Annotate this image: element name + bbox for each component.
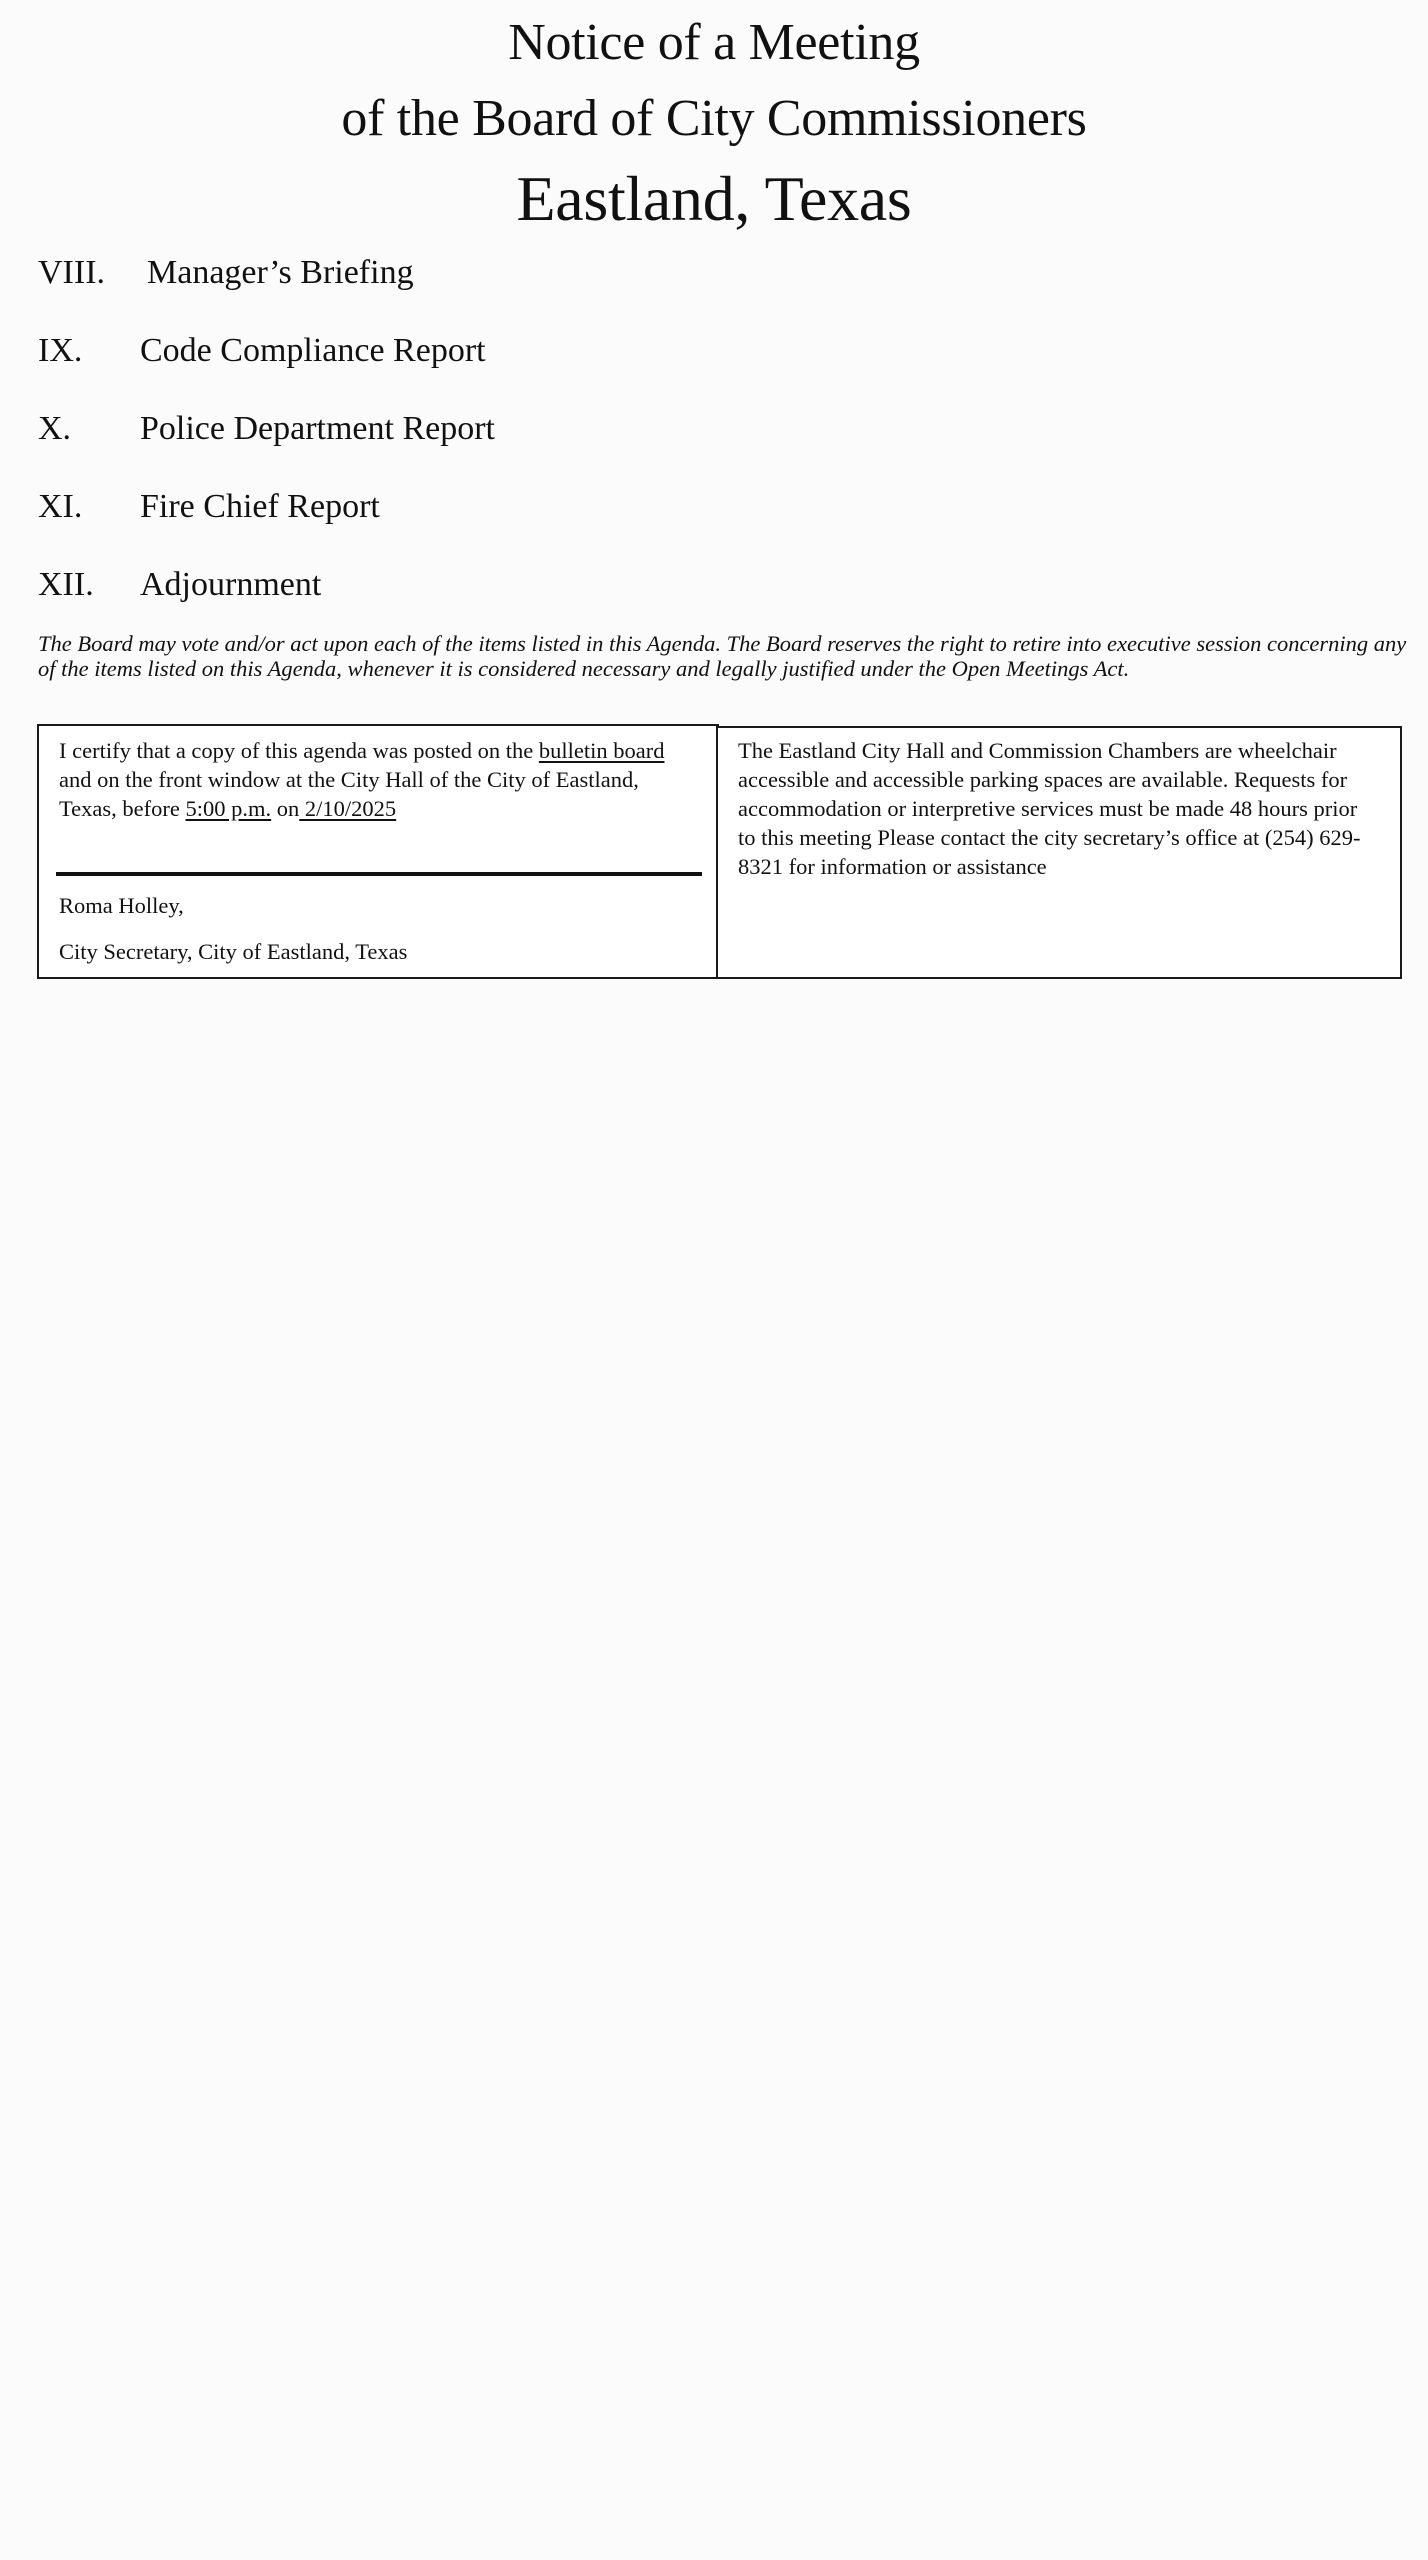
posting-time: 5:00 p.m.	[186, 796, 272, 821]
agenda-item-label: Police Department Report	[140, 406, 495, 452]
agenda-item-label: Fire Chief Report	[140, 484, 380, 530]
agenda-item-number: VIII.	[38, 250, 105, 296]
agenda-item-label: Manager’s Briefing	[147, 250, 414, 296]
signature-line	[56, 872, 702, 876]
agenda-item-number: IX.	[38, 328, 82, 374]
agenda-item-label: Adjournment	[140, 562, 321, 608]
signer-name: Roma Holley,	[59, 891, 184, 920]
agenda-item-number: X.	[38, 406, 71, 452]
accessibility-notice: The Eastland City Hall and Commission Ch…	[738, 736, 1378, 881]
cert-text-part: I certify that a copy of this agenda was…	[59, 738, 539, 763]
posting-date: 2/10/2025	[299, 796, 396, 821]
agenda-item-label: Code Compliance Report	[140, 328, 486, 374]
signer-title: City Secretary, City of Eastland, Texas	[59, 937, 407, 966]
board-disclaimer: The Board may vote and/or act upon each …	[38, 631, 1408, 681]
agenda-item-number: XII.	[38, 562, 94, 608]
accessibility-box: The Eastland City Hall and Commission Ch…	[716, 726, 1402, 979]
board-subtitle: of the Board of City Commissioners	[0, 93, 1428, 145]
agenda-item-number: XI.	[38, 484, 82, 530]
certification-text: I certify that a copy of this agenda was…	[59, 736, 699, 823]
certification-box: I certify that a copy of this agenda was…	[37, 724, 719, 979]
city-title: Eastland, Texas	[0, 167, 1428, 231]
cert-text-part: on	[271, 796, 299, 821]
notice-title: Notice of a Meeting	[0, 17, 1428, 69]
posting-location: bulletin board	[539, 738, 665, 763]
